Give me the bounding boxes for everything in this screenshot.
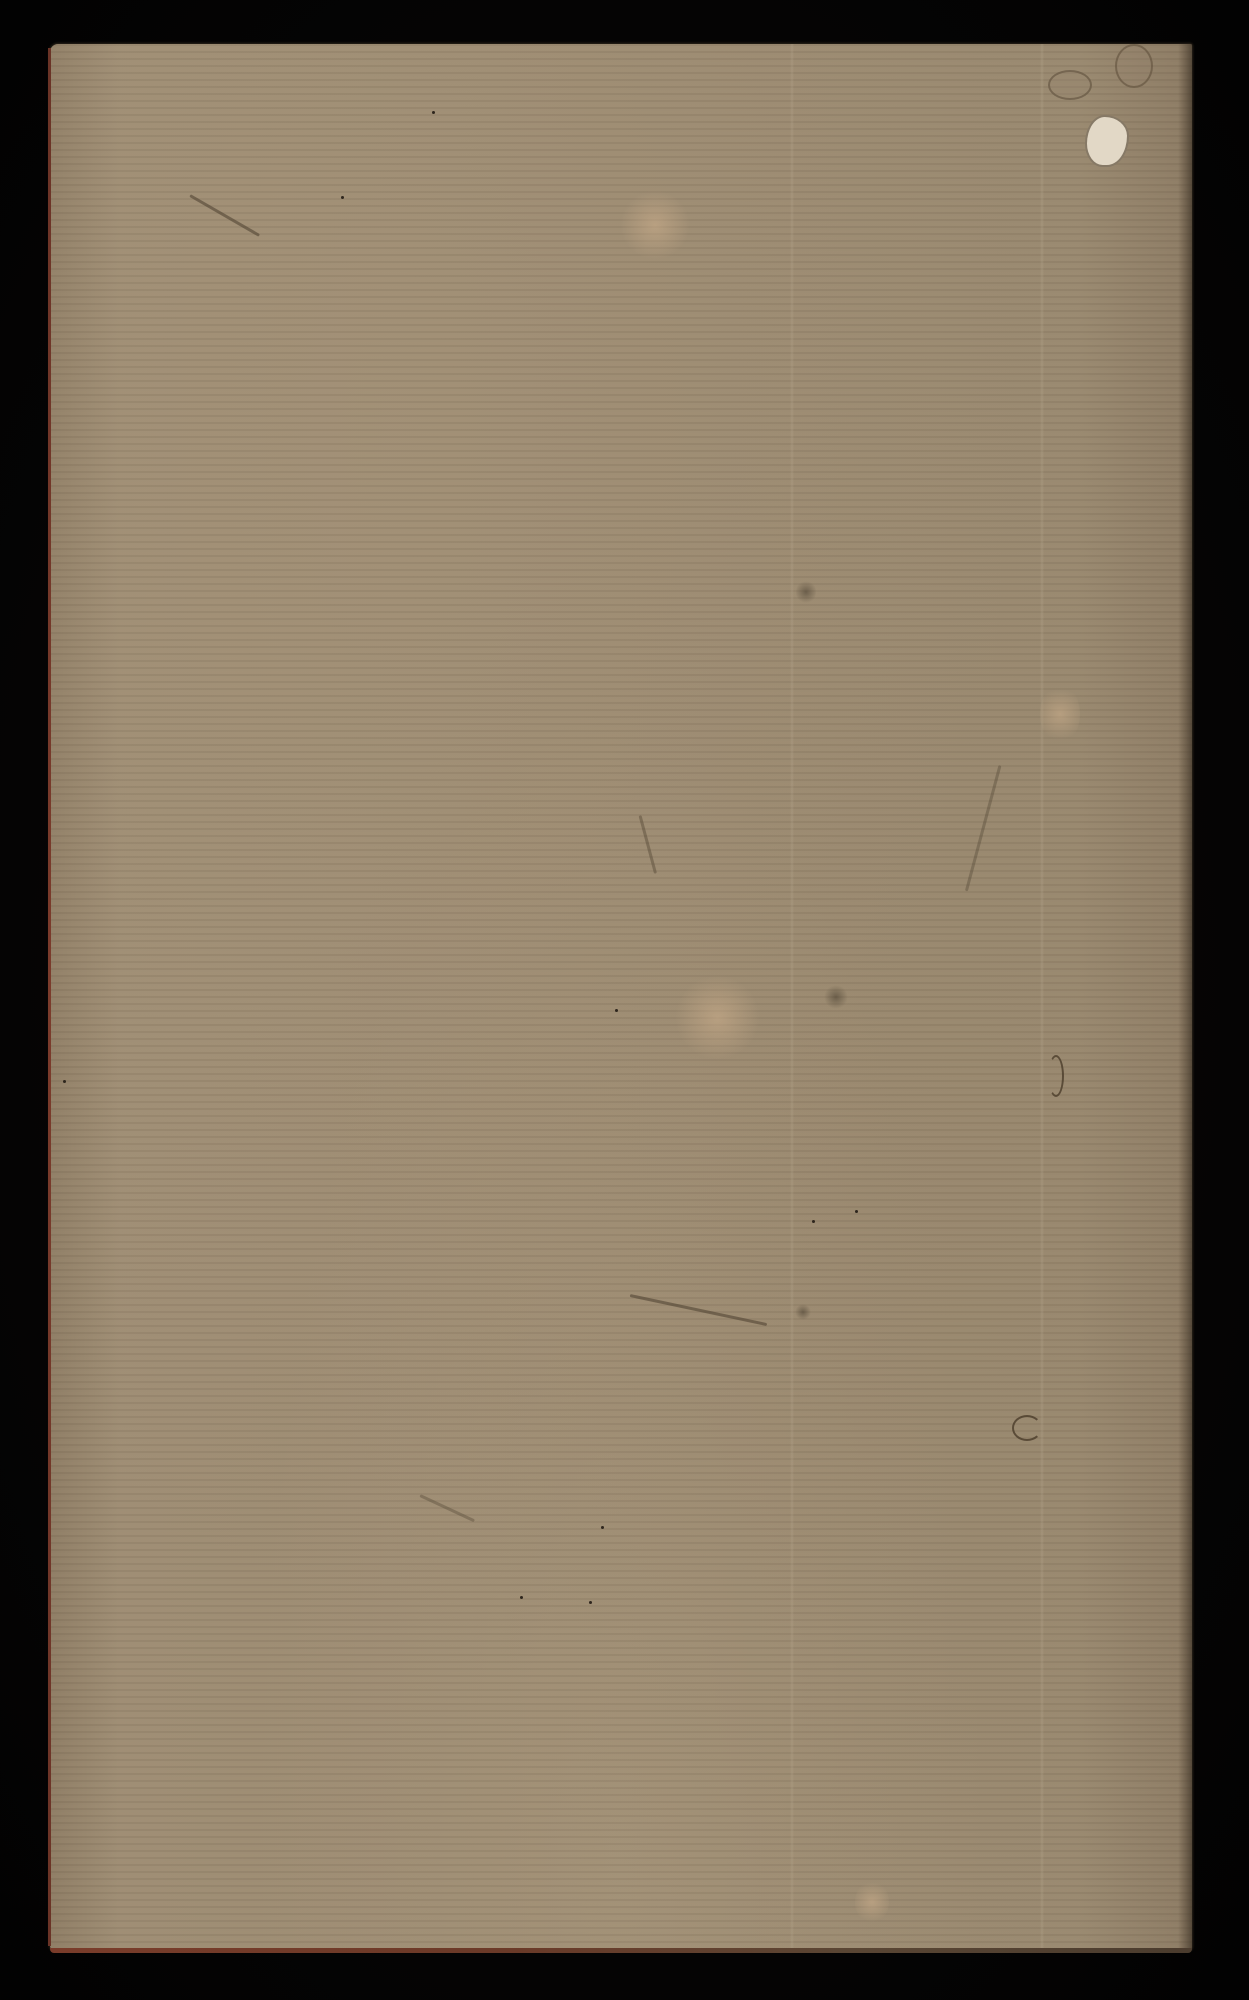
cover-left-edge — [48, 48, 51, 1946]
dark-spot-center — [796, 580, 816, 604]
speck — [520, 1596, 523, 1599]
light-stain-right — [1040, 684, 1080, 744]
speck — [589, 1601, 592, 1604]
vertical-crease-right — [1040, 44, 1044, 1950]
speck — [615, 1009, 618, 1012]
torn-patch — [1085, 115, 1129, 167]
speck — [341, 196, 344, 199]
cover-bottom-edge — [50, 1948, 1192, 1953]
speck — [601, 1526, 604, 1529]
vertical-crease — [790, 44, 794, 1950]
light-stain-middle — [675, 975, 760, 1060]
speck — [63, 1080, 66, 1083]
ring-stain-icon — [1048, 70, 1092, 100]
speck — [855, 1210, 858, 1213]
speck — [812, 1220, 815, 1223]
scratch-mark — [189, 194, 260, 237]
diagonal-crease — [965, 765, 1002, 891]
light-stain-upper — [620, 190, 690, 260]
speck — [432, 111, 435, 114]
dark-spot-middle — [824, 985, 848, 1009]
curved-crease — [639, 815, 657, 874]
scratch-mark — [419, 1494, 475, 1522]
dark-spot-lower — [795, 1304, 811, 1320]
bracket-mark-icon — [1048, 1055, 1064, 1097]
faint-ring-stain — [1115, 44, 1153, 88]
scratch-mark — [630, 1294, 768, 1326]
curl-mark-icon — [1012, 1415, 1042, 1441]
cover-right-edge — [1178, 44, 1192, 1950]
light-stain-bottom — [855, 1880, 889, 1924]
paper-cover — [50, 44, 1192, 1950]
